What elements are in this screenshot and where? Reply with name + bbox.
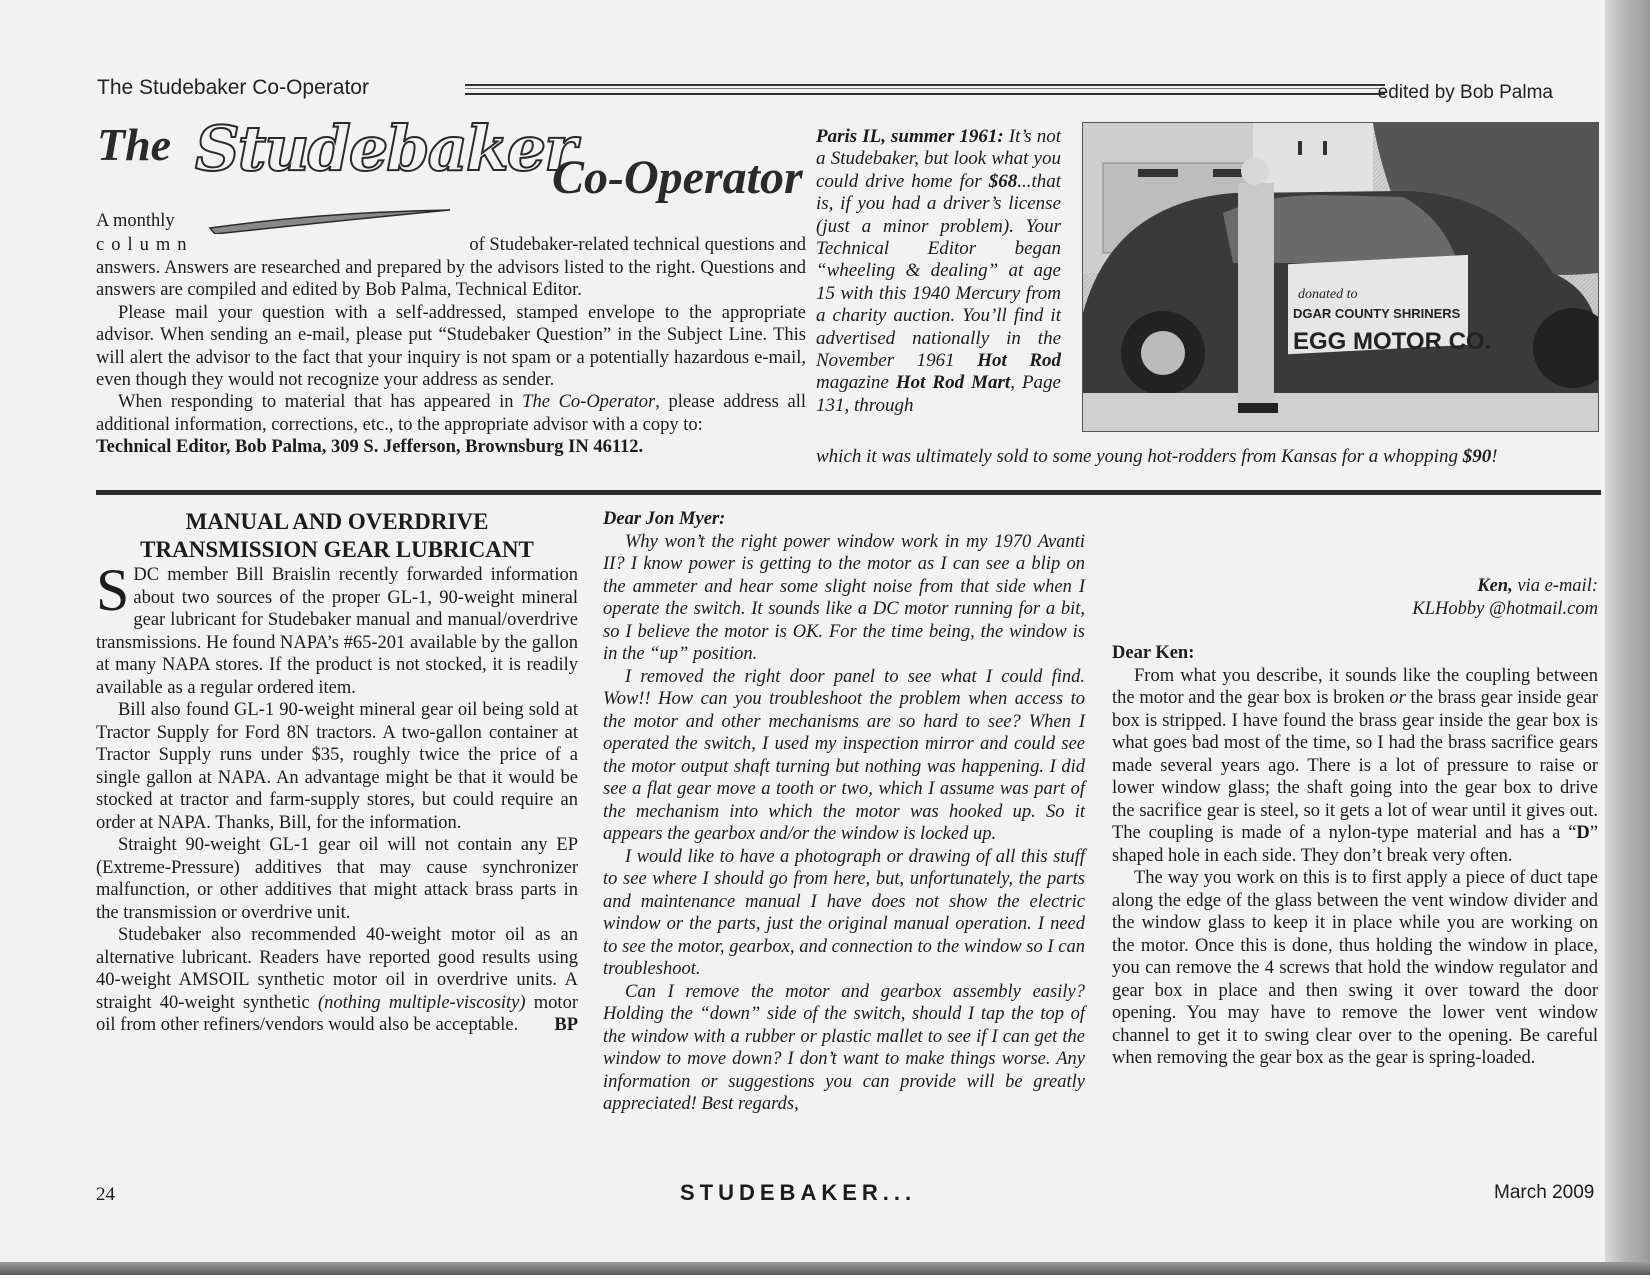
article-paragraph: Bill also found GL-1 90-weight mineral g…	[96, 699, 578, 834]
header-double-rule	[465, 84, 1385, 95]
article-gear-lubricant: MANUAL AND OVERDRIVE TRANSMISSION GEAR L…	[96, 508, 578, 1037]
letter-signer-email: KLHobby @hotmail.com	[1112, 598, 1598, 621]
intro-paragraph: answers. Answers are researched and prep…	[96, 257, 806, 302]
page-bottom-shadow	[0, 1262, 1650, 1275]
technical-editor-address: Technical Editor, Bob Palma, 309 S. Jeff…	[96, 436, 806, 458]
masthead-co-operator: Co-Operator	[552, 150, 803, 205]
advisor-reply: Ken, via e-mail: KLHobby @hotmail.com De…	[1112, 575, 1598, 1070]
editor-credit: edited by Bob Palma	[1378, 82, 1553, 104]
photo-caption-last-line: which it was ultimately sold to some you…	[816, 446, 1596, 468]
intro-line-2-left: column	[96, 234, 194, 256]
running-head: The Studebaker Co-Operator	[97, 76, 369, 100]
drop-cap: S	[96, 567, 129, 613]
letter-paragraph: I would like to have a photograph or dra…	[603, 846, 1085, 981]
letter-paragraph: Can I remove the motor and gearbox assem…	[603, 981, 1085, 1116]
magazine-page: The Studebaker Co-Operator edited by Bob…	[0, 0, 1605, 1262]
car-photo-illustration: donated to DGAR COUNTY SHRINERS EGG MOTO…	[1083, 123, 1598, 431]
magazine-name: STUDEBAKER...	[680, 1180, 916, 1206]
letter-paragraph: Why won’t the right power window work in…	[603, 531, 1085, 666]
letter-paragraph: I removed the right door panel to see wh…	[603, 666, 1085, 846]
letter-signer: Ken, via e-mail:	[1112, 575, 1598, 598]
masthead-studebaker-script-logo: Studebaker	[195, 112, 575, 185]
issue-date: March 2009	[1494, 1182, 1594, 1204]
reply-salutation: Dear Ken:	[1112, 642, 1598, 665]
article-title: MANUAL AND OVERDRIVE TRANSMISSION GEAR L…	[96, 508, 578, 564]
intro-paragraph: Please mail your question with a self-ad…	[96, 302, 806, 392]
photo-1940-mercury: donated to DGAR COUNTY SHRINERS EGG MOTO…	[1082, 122, 1599, 432]
intro-line-2-right: of Studebaker-related technical question…	[426, 234, 806, 256]
svg-text:DGAR COUNTY SHRINERS: DGAR COUNTY SHRINERS	[1293, 306, 1461, 321]
photo-caption: Paris IL, summer 1961: It’s not a Studeb…	[816, 126, 1061, 417]
reply-paragraph: From what you describe, it sounds like t…	[1112, 665, 1598, 868]
article-paragraph: Studebaker also recommended 40-weight mo…	[96, 924, 578, 1037]
page-number: 24	[96, 1184, 115, 1206]
masthead-the: The	[97, 118, 171, 171]
page-gutter-shadow	[1605, 0, 1650, 1275]
svg-text:EGG MOTOR CO.: EGG MOTOR CO.	[1293, 328, 1491, 355]
logo-swoosh-icon	[205, 208, 455, 234]
article-paragraph: Straight 90-weight GL-1 gear oil will no…	[96, 834, 578, 924]
author-initials: BP	[532, 1014, 578, 1037]
intro-line-1: A monthly	[96, 210, 175, 232]
section-divider-rule	[96, 490, 1601, 495]
intro-responding-paragraph: When responding to material that has app…	[96, 391, 806, 436]
reply-paragraph: The way you work on this is to first app…	[1112, 867, 1598, 1070]
svg-text:donated to: donated to	[1298, 287, 1358, 302]
letter-salutation: Dear Jon Myer:	[603, 508, 1085, 531]
article-paragraph: SDC member Bill Braislin recently forwar…	[96, 564, 578, 699]
reader-letter: Dear Jon Myer: Why won’t the right power…	[603, 508, 1085, 1116]
